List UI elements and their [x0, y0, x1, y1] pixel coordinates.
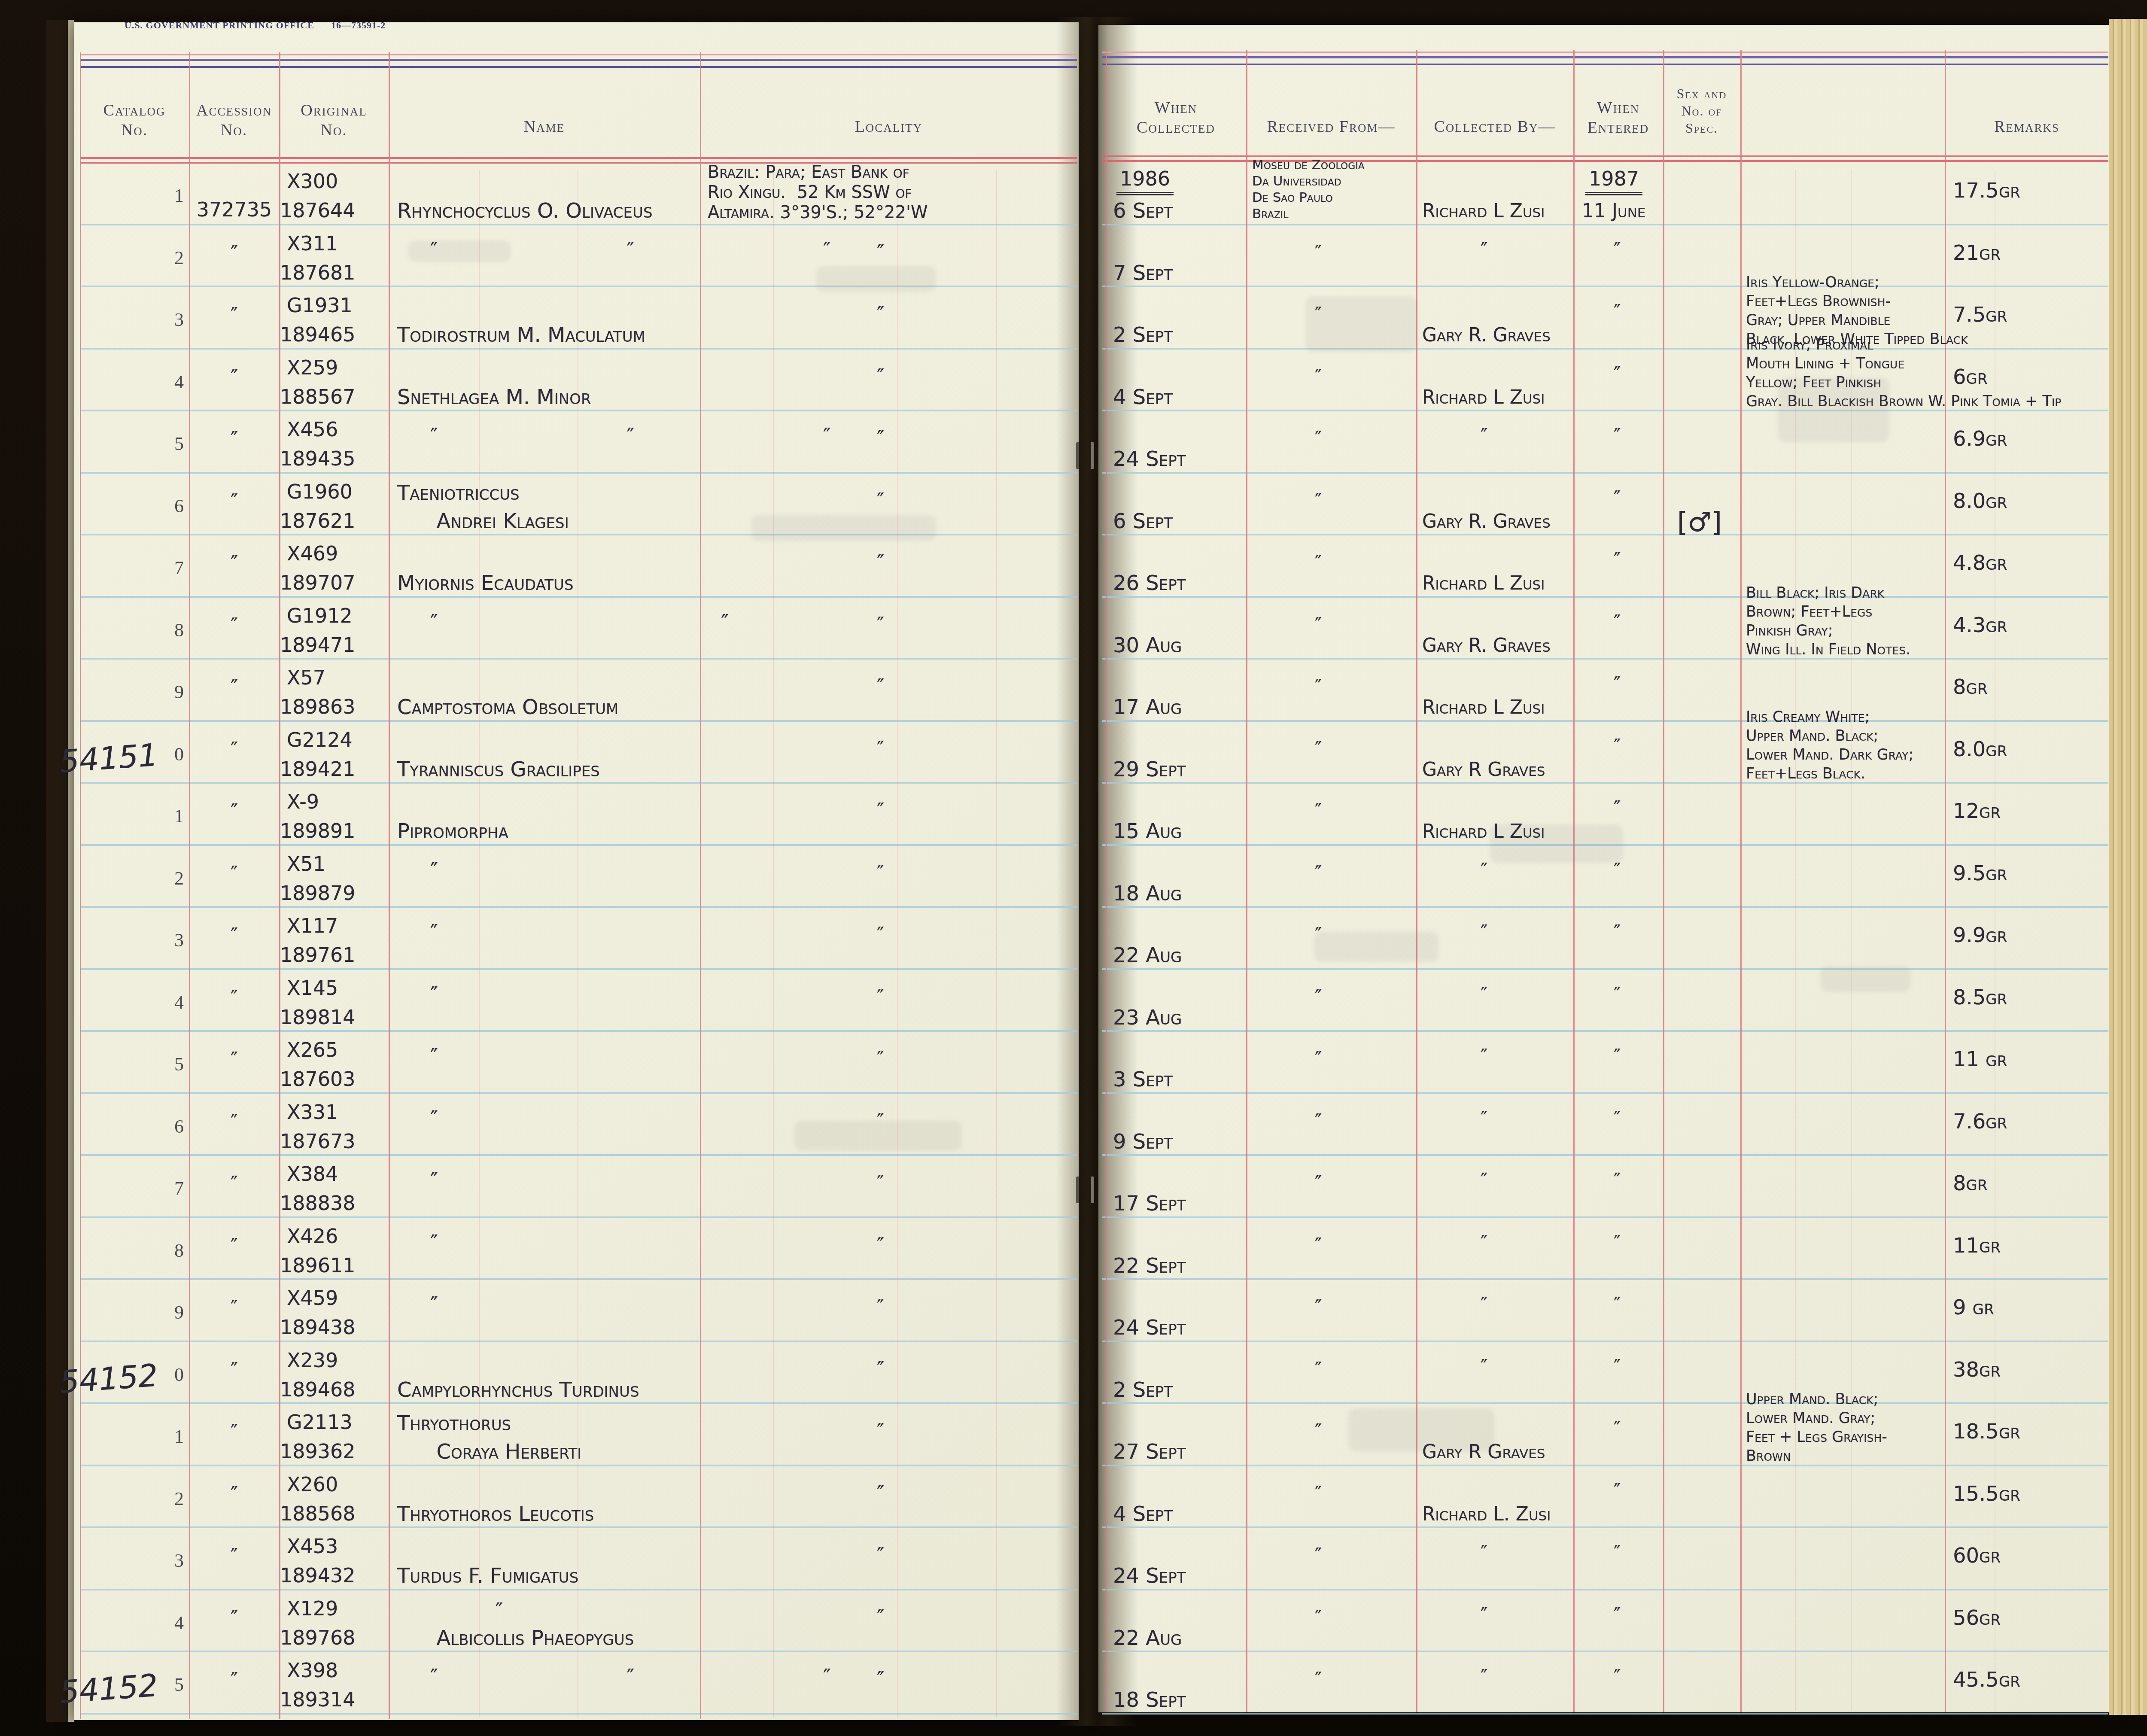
species-name: Rhynchocyclus O. Olivaceus — [397, 199, 653, 223]
date-entered: ″ — [1614, 1294, 1621, 1316]
rule-line — [1102, 1713, 2108, 1715]
collected-by-entry: Richard L Zusi — [1422, 821, 1545, 842]
date-collected: 3 Sept — [1113, 1067, 1173, 1091]
species-name: ″ — [430, 920, 438, 944]
original-museum-no: 188567 — [280, 385, 356, 408]
original-museum-no: 189362 — [280, 1440, 356, 1463]
species-name: Thryothoros Leucotis — [397, 1502, 594, 1526]
date-entered: ″ — [1614, 611, 1621, 633]
date-collected: 24 Sept — [1113, 1564, 1186, 1588]
original-museum-no: 189471 — [280, 633, 356, 657]
weight-remark: 8.5gr — [1953, 985, 2007, 1009]
collected-by-entry: ″ — [1481, 921, 1487, 943]
weight-remark: 7.6gr — [1953, 1110, 2007, 1134]
rule-line — [80, 1713, 1077, 1715]
received-from-entry: ″ — [1315, 989, 1322, 1006]
sex-symbol: [♂] — [1677, 506, 1722, 538]
catalog-digit-printed: 5 — [136, 1053, 184, 1075]
weight-remark: 11 gr — [1953, 1047, 2007, 1071]
species-name: ″ — [430, 1231, 438, 1255]
weight-remark: 8gr — [1953, 675, 1988, 699]
original-museum-no: 189863 — [280, 695, 356, 718]
column-header-sex-and-no-of-spec: Sex and No. of Spec. — [1663, 85, 1740, 137]
collected-by-entry: ″ — [1481, 1294, 1487, 1316]
weight-remark: 18.5gr — [1953, 1420, 2020, 1444]
original-field-no: G2113 — [287, 1411, 353, 1434]
catalog-digit-printed: 1 — [136, 805, 184, 827]
accession-no-entry: ″ — [192, 1296, 276, 1319]
locality-ditto: ″ — [877, 1481, 884, 1505]
color-note: Upper Mand. Black; Lower Mand. Gray; Fee… — [1746, 1390, 1887, 1465]
column-header-locality: Locality — [700, 117, 1077, 137]
original-museum-no: 189761 — [280, 943, 356, 967]
date-collected: 22 Sept — [1113, 1254, 1186, 1278]
date-collected: 2 Sept — [1113, 323, 1173, 347]
locality-ditto: ″ — [877, 1295, 884, 1318]
catalog-digit-printed: 4 — [136, 1612, 184, 1634]
original-field-no: X459 — [287, 1286, 338, 1310]
species-name: Camptostoma Obsoletum — [397, 695, 618, 719]
received-from-entry: ″ — [1315, 741, 1322, 757]
ledger-row: 1 372735 X300 187644 Rhynchocyclus O. Ol… — [0, 161, 2147, 224]
catalog-digit-printed: 1 — [136, 1426, 184, 1447]
species-name: ″ — [430, 858, 438, 882]
species-name: ″ — [430, 1044, 438, 1068]
year-entered: 1987 — [1585, 167, 1642, 195]
accession-no-entry: ″ — [192, 1234, 276, 1257]
accession-no-entry: ″ — [192, 1482, 276, 1505]
ledger-row: 54152 5 ″ X398 189314 ″ ″ ″ ″ 18 Sept ″ … — [0, 1651, 2147, 1713]
date-collected: 9 Sept — [1113, 1130, 1173, 1154]
locality-ditto: ″ — [877, 799, 884, 822]
catalog-digit-printed: 3 — [136, 1550, 184, 1572]
catalog-digit-printed: 6 — [136, 1116, 184, 1137]
accession-no-entry: ″ — [192, 1668, 276, 1691]
catalog-digit-printed: 4 — [136, 991, 184, 1013]
weight-remark: 17.5gr — [1953, 179, 2020, 203]
original-field-no: X331 — [287, 1101, 338, 1124]
species-name: Coraya Herberti — [397, 1440, 581, 1464]
locality-ditto: ″ — [877, 1419, 884, 1442]
ledger-row: 1 ″ G2113 189362 Thryothorus Coraya Herb… — [0, 1402, 2147, 1465]
received-from-entry: ″ — [1315, 1175, 1322, 1192]
date-entered: ″ — [1614, 1046, 1621, 1067]
original-museum-no: 189468 — [280, 1378, 356, 1401]
ledger-row: 5 ″ X456 189435 ″ ″ ″ ″ 24 Sept ″ ″ ″ 6.… — [0, 410, 2147, 472]
original-museum-no: 189314 — [280, 1688, 356, 1711]
date-collected: 6 Sept — [1113, 509, 1173, 533]
species-name: Andrei Klagesi — [397, 509, 569, 533]
collected-by-entry: Richard L Zusi — [1422, 200, 1545, 222]
received-from-entry: ″ — [1315, 307, 1322, 323]
collected-by-entry: ″ — [1481, 239, 1487, 261]
original-museum-no: 189891 — [280, 819, 356, 842]
weight-remark: 56gr — [1953, 1606, 2001, 1630]
date-entered: ″ — [1614, 1480, 1621, 1502]
date-entered: ″ — [1614, 1542, 1621, 1564]
species-name: Campylorhynchus Turdinus — [397, 1378, 639, 1402]
catalog-digit-printed: 3 — [136, 929, 184, 951]
weight-remark: 9 gr — [1953, 1295, 1994, 1319]
accession-no-entry: ″ — [192, 551, 276, 575]
accession-no-entry: ″ — [192, 1420, 276, 1443]
locality-entry: Brazil: Para; East Bank of Rio Xingu. 52… — [708, 162, 928, 223]
accession-no-entry: ″ — [192, 1544, 276, 1567]
collected-by-entry: ″ — [1481, 1046, 1487, 1067]
species-name-line1: ″ — [456, 1599, 503, 1623]
locality-ditto: ″ — [877, 1543, 884, 1566]
column-header-name: Name — [389, 117, 700, 137]
original-field-no: X117 — [287, 914, 338, 937]
received-from-entry: ″ — [1315, 245, 1322, 261]
collected-by-entry: ″ — [1481, 1542, 1487, 1564]
date-collected: 2 Sept — [1113, 1378, 1173, 1402]
date-collected: 22 Aug — [1113, 1626, 1182, 1650]
printing-office-imprint: U.S. GOVERNMENT PRINTING OFFICE 16—73591… — [125, 20, 386, 31]
original-field-no: X-9 — [287, 790, 319, 813]
received-from-entry: Moseu de Zoologia Da Universidad De Sao … — [1252, 157, 1365, 222]
date-collected: 26 Sept — [1113, 571, 1186, 595]
ledger-row: 3 ″ X117 189761 ″ ″ 22 Aug ″ ″ ″ 9.9gr — [0, 906, 2147, 968]
accession-no-entry: ″ — [192, 1606, 276, 1630]
weight-remark: 12gr — [1953, 799, 2001, 823]
catalog-digit-printed: 0 — [136, 1364, 184, 1386]
accession-no-entry: ″ — [192, 1358, 276, 1381]
catalog-digit-printed: 9 — [136, 1301, 184, 1323]
original-museum-no: 187673 — [280, 1130, 356, 1153]
weight-remark: 7.5gr — [1953, 303, 2007, 327]
accession-no-entry: ″ — [192, 924, 276, 947]
date-collected: 18 Sept — [1113, 1688, 1186, 1712]
species-name: Turdus F. Fumigatus — [397, 1564, 578, 1588]
locality-ditto: ″ — [877, 302, 884, 325]
date-entered: ″ — [1614, 1604, 1621, 1626]
column-header-when-collected: When Collected — [1106, 98, 1246, 137]
ledger-row: 6 ″ X331 187673 ″ ″ 9 Sept ″ ″ ″ 7.6gr — [0, 1092, 2147, 1155]
original-field-no: X469 — [287, 542, 338, 565]
original-museum-no: 187603 — [280, 1067, 356, 1091]
date-collected: 24 Sept — [1113, 1316, 1186, 1340]
date-entered: ″ — [1614, 1170, 1621, 1192]
original-museum-no: 188568 — [280, 1502, 356, 1525]
date-collected: 4 Sept — [1113, 1502, 1173, 1526]
date-entered: ″ — [1614, 301, 1621, 323]
date-entered: ″ — [1614, 797, 1621, 819]
catalog-digit-printed: 2 — [136, 1488, 184, 1510]
original-museum-no: 189707 — [280, 571, 356, 594]
original-field-no: X453 — [287, 1535, 338, 1558]
locality-ditto: ″ — [877, 489, 884, 512]
species-name: ″ ″ — [430, 610, 729, 634]
ledger-row: 2 ″ X260 188568 Thryothoros Leucotis ″ 4… — [0, 1465, 2147, 1527]
date-entered: ″ — [1614, 673, 1621, 695]
date-entered: ″ — [1614, 736, 1621, 757]
catalog-digit-printed: 6 — [136, 495, 184, 517]
locality-ditto: ″ — [877, 737, 884, 760]
species-name: Pipromorpha — [397, 819, 508, 843]
original-field-no: X129 — [287, 1597, 338, 1620]
catalog-digit-printed: 9 — [136, 681, 184, 703]
weight-remark: 8.0gr — [1953, 737, 2007, 761]
accession-no-entry: ″ — [192, 1172, 276, 1195]
catalog-digit-printed: 2 — [136, 867, 184, 889]
catalog-digit-printed: 7 — [136, 1177, 184, 1199]
date-collected: 4 Sept — [1113, 385, 1173, 409]
accession-no-entry: ″ — [192, 427, 276, 450]
locality-ditto: ″ — [877, 613, 884, 636]
original-field-no: G2124 — [287, 728, 353, 751]
original-field-no: X57 — [287, 666, 325, 689]
locality-ditto: ″ — [877, 1357, 884, 1380]
received-from-entry: ″ — [1315, 431, 1322, 447]
species-name: Myiornis Ecaudatus — [397, 571, 574, 595]
received-from-entry: ″ — [1315, 1672, 1322, 1688]
locality-ditto: ″ — [877, 1667, 884, 1690]
original-field-no: X265 — [287, 1038, 338, 1061]
ledger-row: 4 ″ X129 189768 ″ Albicollis Phaeopygus … — [0, 1589, 2147, 1651]
date-entered: ″ — [1614, 239, 1621, 261]
locality-ditto: ″ — [877, 240, 884, 264]
accession-no-entry: ″ — [192, 675, 276, 699]
collected-by-entry: Gary R Graves — [1422, 1441, 1545, 1463]
original-museum-no: 189768 — [280, 1626, 356, 1649]
column-header-collected-by: Collected By— — [1416, 117, 1573, 137]
catalog-digit-printed: 8 — [136, 1240, 184, 1262]
collected-by-entry: ″ — [1481, 984, 1487, 1006]
date-entered: ″ — [1614, 487, 1621, 509]
species-name: ″ ″ ″ — [430, 424, 831, 448]
date-entered: ″ — [1614, 425, 1621, 447]
date-entered: ″ — [1614, 549, 1621, 571]
received-from-entry: ″ — [1315, 1486, 1322, 1502]
species-name: ″ — [430, 1292, 438, 1316]
original-museum-no: 189814 — [280, 1006, 356, 1029]
received-from-entry: ″ — [1315, 555, 1322, 571]
date-collected: 29 Sept — [1113, 757, 1186, 781]
collected-by-entry: Richard L Zusi — [1422, 386, 1545, 408]
original-field-no: X398 — [287, 1659, 338, 1682]
accession-no-entry: ″ — [192, 800, 276, 823]
catalog-digit-printed: 8 — [136, 619, 184, 641]
locality-ditto: ″ — [877, 426, 884, 450]
ledger-scan: U.S. GOVERNMENT PRINTING OFFICE 16—73591… — [0, 0, 2147, 1736]
date-entered: ″ — [1614, 1418, 1621, 1440]
color-note: Iris Ivory; Proximal Mouth Lining + Tong… — [1746, 335, 2061, 411]
received-from-entry: ″ — [1315, 369, 1322, 385]
rule-line — [80, 66, 1077, 68]
original-field-no: X260 — [287, 1473, 338, 1496]
collected-by-entry: ″ — [1481, 1232, 1487, 1254]
catalog-digit-printed: 2 — [136, 247, 184, 269]
received-from-entry: ″ — [1315, 1548, 1322, 1564]
species-name: Snethlagea M. Minor — [397, 385, 591, 409]
ledger-row: 4 ″ X145 189814 ″ ″ 23 Aug ″ ″ ″ 8.5gr — [0, 968, 2147, 1031]
ledger-row: 2 ″ X51 189879 ″ ″ 18 Aug ″ ″ ″ 9.5gr — [0, 844, 2147, 906]
received-from-entry: ″ — [1315, 1610, 1322, 1626]
collected-by-entry: Gary R Graves — [1422, 759, 1545, 781]
accession-no-entry: ″ — [192, 614, 276, 637]
received-from-entry: ″ — [1315, 1237, 1322, 1254]
original-field-no: G1912 — [287, 604, 353, 627]
date-collected: 22 Aug — [1113, 943, 1182, 967]
received-from-entry: ″ — [1315, 1299, 1322, 1316]
column-header-remarks: Remarks — [1945, 117, 2109, 137]
species-name-line1: Taeniotriccus — [397, 481, 520, 505]
locality-ditto: ″ — [877, 550, 884, 574]
original-museum-no: 187681 — [280, 261, 356, 284]
collected-by-entry: Richard L. Zusi — [1422, 1503, 1551, 1525]
locality-ditto: ″ — [877, 861, 884, 884]
original-museum-no: 188838 — [280, 1192, 356, 1215]
date-collected: 17 Aug — [1113, 695, 1182, 719]
locality-ditto: ″ — [877, 923, 884, 946]
original-field-no: X239 — [287, 1349, 338, 1372]
collected-by-entry: Gary R. Graves — [1422, 511, 1551, 532]
collected-by-entry: Gary R. Graves — [1422, 324, 1551, 346]
catalog-digit-printed: 5 — [136, 433, 184, 455]
ledger-row: 9 ″ X459 189438 ″ ″ 24 Sept ″ ″ ″ 9 gr — [0, 1278, 2147, 1341]
original-field-no: X259 — [287, 356, 338, 379]
original-field-no: X456 — [287, 418, 338, 441]
column-header-when-entered: When Entered — [1573, 98, 1663, 137]
collected-by-entry: ″ — [1481, 1356, 1487, 1378]
date-collected: 7 Sept — [1113, 261, 1173, 285]
original-field-no: X300 — [287, 170, 338, 193]
date-entered: ″ — [1614, 984, 1621, 1006]
locality-ditto: ″ — [877, 1171, 884, 1194]
received-from-entry: ″ — [1315, 927, 1322, 943]
collected-by-entry: ″ — [1481, 1666, 1487, 1688]
locality-ditto: ″ — [877, 985, 884, 1008]
collected-by-entry: Richard L Zusi — [1422, 696, 1545, 718]
original-field-no: X51 — [287, 852, 325, 876]
weight-remark: 9.5gr — [1953, 861, 2007, 885]
species-name: ″ ″ ″ — [430, 238, 831, 262]
column-header-received-from: Received From— — [1246, 117, 1416, 137]
collected-by-entry: ″ — [1481, 1108, 1487, 1130]
accession-no-entry: ″ — [192, 241, 276, 265]
column-header-original-no: Original No. — [279, 100, 389, 140]
received-from-entry: ″ — [1315, 1362, 1322, 1378]
weight-remark: 38gr — [1953, 1358, 2001, 1382]
received-from-entry: ″ — [1315, 1423, 1322, 1440]
ledger-row: 5 ″ X265 187603 ″ ″ 3 Sept ″ ″ ″ 11 gr — [0, 1030, 2147, 1092]
weight-remark: 15.5gr — [1953, 1482, 2020, 1506]
locality-ditto: ″ — [877, 1233, 884, 1256]
original-museum-no: 187644 — [280, 199, 356, 222]
date-collected: 15 Aug — [1113, 819, 1182, 843]
original-museum-no: 189435 — [280, 447, 356, 470]
collected-by-entry: Richard L Zusi — [1422, 572, 1545, 594]
species-name: ″ — [430, 982, 438, 1006]
date-entered: ″ — [1614, 1356, 1621, 1378]
received-from-entry: ″ — [1315, 617, 1322, 633]
original-museum-no: 189421 — [280, 757, 356, 781]
date-entered: ″ — [1614, 1108, 1621, 1130]
rule-line — [80, 54, 1077, 55]
original-museum-no: 189438 — [280, 1316, 356, 1339]
date-collected: 6 Sept — [1113, 199, 1173, 223]
column-header-accession-no: Accession No. — [189, 100, 279, 140]
date-entered: ″ — [1614, 860, 1621, 882]
weight-remark: 11gr — [1953, 1234, 2001, 1258]
accession-no-entry: ″ — [192, 489, 276, 513]
original-field-no: X384 — [287, 1162, 338, 1186]
species-name: Todirostrum M. Maculatum — [397, 323, 645, 347]
original-museum-no: 187621 — [280, 509, 356, 532]
locality-ditto: ″ — [877, 1605, 884, 1629]
date-entered: ″ — [1614, 363, 1621, 385]
date-entered: ″ — [1614, 1666, 1621, 1688]
accession-no-entry: ″ — [192, 1110, 276, 1133]
locality-ditto: ″ — [877, 1109, 884, 1132]
species-name: Albicollis Phaeopygus — [397, 1626, 634, 1650]
ledger-row: 4 ″ X259 188567 Snethlagea M. Minor ″ 4 … — [0, 348, 2147, 410]
catalog-digit-printed: 0 — [136, 743, 184, 765]
date-entered: ″ — [1614, 921, 1621, 943]
collected-by-entry: ″ — [1481, 860, 1487, 882]
column-header-catalog-no: Catalog No. — [80, 100, 189, 140]
locality-ditto: ″ — [877, 675, 884, 698]
ledger-row: 3 ″ X453 189432 Turdus F. Fumigatus ″ 24… — [0, 1526, 2147, 1589]
species-name: ″ — [430, 1107, 438, 1131]
weight-remark: 9.9gr — [1953, 923, 2007, 947]
catalog-digit-printed: 4 — [136, 371, 184, 393]
rule-line — [1102, 56, 2108, 58]
date-entered: ″ — [1614, 1232, 1621, 1254]
received-from-entry: ″ — [1315, 493, 1322, 509]
original-field-no: G1960 — [287, 480, 353, 503]
collected-by-entry: ″ — [1481, 425, 1487, 447]
ledger-row: 8 ″ X426 189611 ″ ″ 22 Sept ″ ″ ″ 11gr — [0, 1216, 2147, 1279]
catalog-digit-printed: 1 — [136, 185, 184, 207]
original-museum-no: 189465 — [280, 323, 356, 346]
date-collected: 23 Aug — [1113, 1006, 1182, 1030]
catalog-digit-printed: 7 — [136, 557, 184, 579]
accession-no-entry: ″ — [192, 1048, 276, 1071]
accession-no-entry: ″ — [192, 986, 276, 1009]
locality-ditto: ″ — [877, 365, 884, 388]
received-from-entry: ″ — [1315, 1113, 1322, 1130]
ledger-row: 7 ″ X384 188838 ″ ″ 17 Sept ″ ″ ″ 8gr — [0, 1154, 2147, 1216]
date-collected: 27 Sept — [1113, 1440, 1186, 1464]
weight-remark: 6.9gr — [1953, 427, 2007, 451]
weight-remark: 4.3gr — [1953, 613, 2007, 637]
accession-no-entry: ″ — [192, 862, 276, 885]
accession-no-entry: ″ — [192, 365, 276, 389]
date-entered: 11 June — [1582, 200, 1645, 222]
accession-no-entry: ″ — [192, 738, 276, 761]
accession-no-entry: 372735 — [192, 198, 276, 221]
weight-remark: 6gr — [1953, 365, 1988, 389]
original-field-no: X311 — [287, 232, 338, 255]
species-name: ″ ″ ″ — [430, 1665, 831, 1689]
weight-remark: 21gr — [1953, 241, 2001, 265]
color-note: Bill Black; Iris Dark Brown; Feet+Legs P… — [1746, 584, 1910, 659]
date-collected: 30 Aug — [1113, 633, 1182, 657]
species-name: Tyranniscus Gracilipes — [397, 757, 600, 781]
original-field-no: G1931 — [287, 294, 353, 317]
accession-no-entry: ″ — [192, 303, 276, 326]
weight-remark: 60gr — [1953, 1544, 2001, 1568]
species-name: ″ — [430, 1168, 438, 1192]
received-from-entry: ″ — [1315, 803, 1322, 819]
received-from-entry: ″ — [1315, 1051, 1322, 1067]
color-note: Iris Creamy White; Upper Mand. Black; Lo… — [1746, 708, 1913, 783]
original-museum-no: 189611 — [280, 1254, 356, 1277]
weight-remark: 4.8gr — [1953, 551, 2007, 575]
ledger-row: 8 ″ G1912 189471 ″ ″ ″ 30 Aug ″ Gary R. … — [0, 596, 2147, 658]
